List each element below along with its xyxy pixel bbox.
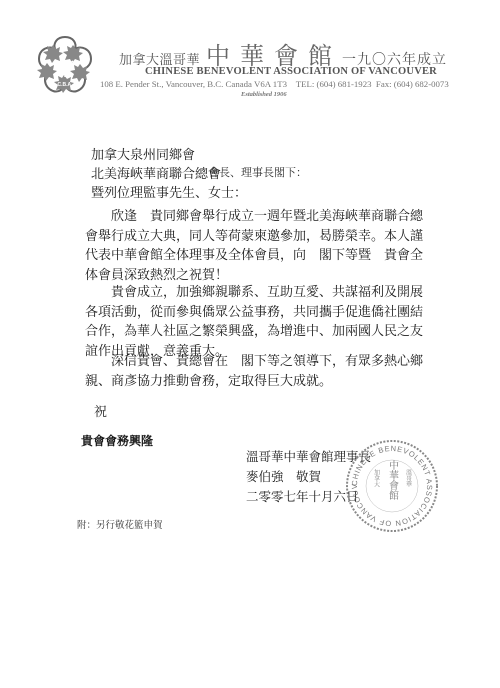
- closing-wish-line: 貴會會務興隆: [81, 432, 153, 449]
- established-note: Established 1906: [241, 91, 287, 98]
- svg-text:中華會館: 中華會館: [387, 459, 399, 500]
- address: 108 E. Pender St., Vancouver, B.C. Canad…: [100, 79, 287, 89]
- closing-wish: 祝: [94, 401, 107, 420]
- attachment-note: 附：另行敬花籃申賀: [77, 517, 163, 531]
- letter-date: 二零零七年十月六日: [246, 487, 359, 505]
- signatory-name: 麥伯強 敬賀: [246, 467, 321, 485]
- svg-text:溫哥華: 溫哥華: [405, 468, 412, 488]
- body-paragraph-3: 深信貴會、貴總會在 閣下等之領導下，有眾多熱心鄉親、商彥協力推動會務，定取得巨大…: [85, 352, 425, 391]
- cba-logo-icon: C.B.A.: [33, 33, 97, 97]
- recipient-salutation: 會長、理事長閣下：: [208, 163, 307, 182]
- body-paragraph-2: 貴會成立，加強鄉親聯系、互助互愛、共謀福利及開展各項活動，從而參與僑眾公益事務，…: [85, 283, 425, 361]
- svg-text:加拿大: 加拿大: [373, 468, 380, 488]
- letterhead-address-line: 108 E. Pender St., Vancouver, B.C. Canad…: [100, 79, 449, 89]
- telephone: TEL: (604) 681-1923: [296, 79, 372, 89]
- recipient-line-3: 暨列位理監事先生、女士：: [91, 184, 247, 203]
- svg-text:C.B.A.: C.B.A.: [58, 82, 74, 88]
- fax: Fax: (604) 682-0073: [376, 79, 449, 89]
- recipient-line-1: 加拿大泉州同鄉會: [91, 146, 195, 165]
- body-paragraph-1: 欣逢 貴同鄉會舉行成立一週年暨北美海峽華商聯合總會舉行成立大典，同人等荷蒙柬邀參…: [85, 207, 425, 285]
- association-seal-icon: CHINESE BENEVOLENT ASSOCIATION OF VANCOU…: [344, 438, 440, 534]
- recipient-line-2: 北美海峽華商聯合總會: [91, 165, 221, 184]
- org-name-english: CHINESE BENEVOLENT ASSOCIATION OF VANCOU…: [145, 66, 437, 77]
